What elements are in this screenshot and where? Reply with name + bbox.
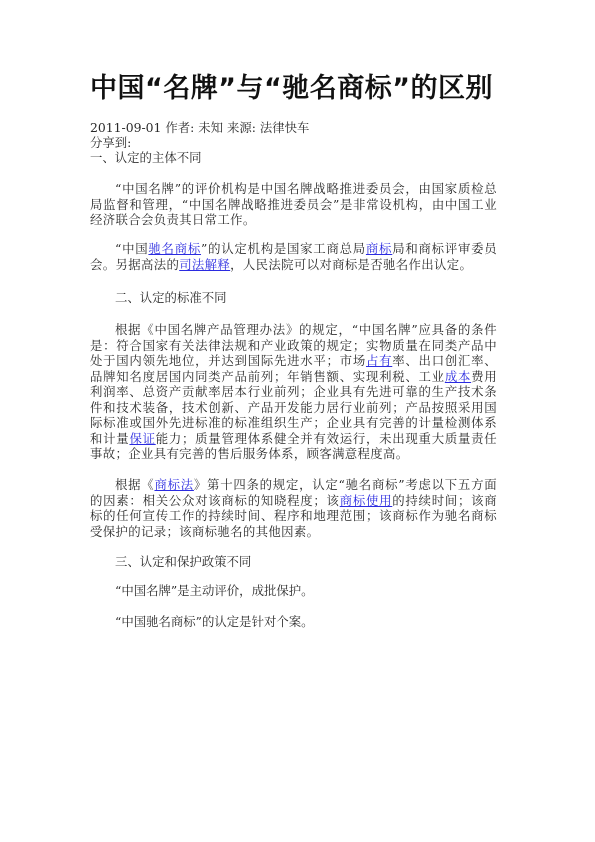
paragraph-text: “中国 <box>115 241 148 256</box>
paragraph-text: “中国名牌”的评价机构是中国名牌战略推进委员会，由国家质检总局监督和管理，“中国… <box>90 181 497 227</box>
inline-link[interactable]: 驰名商标 <box>148 241 201 256</box>
paragraph-3: 根据《中国名牌产品管理办法》的规定，“中国名牌”应具备的条件是：符合国家有关法律… <box>90 322 497 462</box>
section-heading-1: 一、认定的主体不同 <box>90 150 202 166</box>
paragraph-text: “中国名牌”是主动评价，成批保护。 <box>115 583 314 598</box>
paragraph-text: ”的认定机构是国家工商总局 <box>201 241 366 256</box>
section-heading-3: 三、认定和保护政策不同 <box>115 554 251 570</box>
inline-link[interactable]: 商标法 <box>154 477 193 492</box>
paragraph-4: 根据《商标法》第十四条的规定，认定“驰名商标”考虑以下五方面的因素：相关公众对该… <box>90 477 497 539</box>
paragraph-6: “中国驰名商标”的认定是针对个案。 <box>115 614 314 630</box>
paragraph-2: “中国驰名商标”的认定机构是国家工商总局商标局和商标评审委员会。另据高法的司法解… <box>90 241 497 272</box>
paragraph-1: “中国名牌”的评价机构是中国名牌战略推进委员会，由国家质检总局监督和管理，“中国… <box>90 181 497 228</box>
paragraph-5: “中国名牌”是主动评价，成批保护。 <box>115 583 314 599</box>
section-heading-2: 二、认定的标准不同 <box>115 290 227 306</box>
paragraph-text: “中国驰名商标”的认定是针对个案。 <box>115 614 314 629</box>
inline-link[interactable]: 商标使用 <box>340 493 393 508</box>
inline-link[interactable]: 司法解释 <box>179 257 230 272</box>
inline-link[interactable]: 保证 <box>129 431 155 446</box>
paragraph-text: 根据《 <box>115 477 154 492</box>
inline-link[interactable]: 商标 <box>366 241 392 256</box>
article-meta: 2011-09-01 作者: 未知 来源: 法律快车 <box>90 120 309 136</box>
paragraph-text: ，人民法院可以对商标是否驰名作出认定。 <box>230 257 472 272</box>
inline-link[interactable]: 占有 <box>366 353 392 368</box>
inline-link[interactable]: 成本 <box>445 369 471 384</box>
share-label[interactable]: 分享到: <box>90 135 131 151</box>
page-title: 中国“名牌”与“驰名商标”的区别 <box>90 72 493 106</box>
